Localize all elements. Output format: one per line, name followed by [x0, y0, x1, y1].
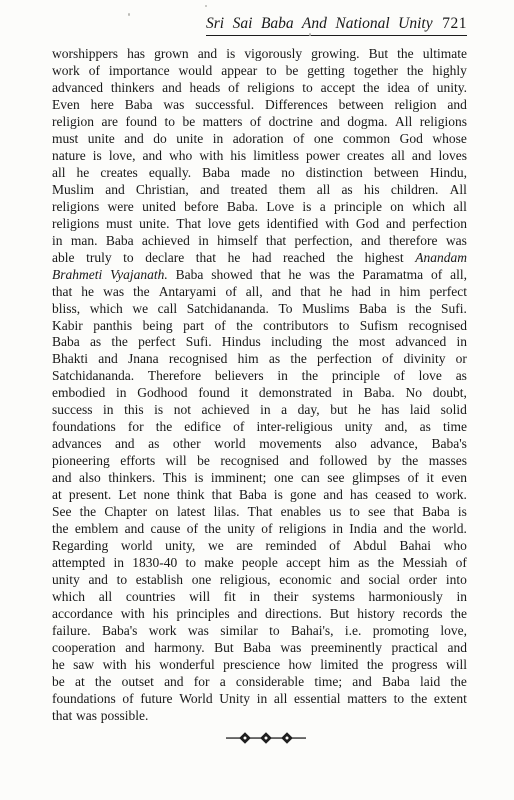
text-line: religionswereunitedbeforeBaba.Loveisapri… — [52, 199, 467, 216]
scan-speck — [205, 5, 207, 7]
text-line: BhaktiandJnanarecognisedhimastheperfecti… — [52, 351, 467, 368]
text-line: EvenhereBabawassuccessful.Differencesbet… — [52, 97, 467, 114]
text-line: unityandtoestablishonereligious,economic… — [52, 572, 467, 589]
text-line: religionarefoundtobemattersofdoctrineand… — [52, 114, 467, 131]
text-line: embodiedinGodhoodfounditdemonstratedinBa… — [52, 385, 467, 402]
page-header: Sri Sai Baba And National Unity 721 — [206, 15, 467, 36]
text-line: failure.Baba'sworkwassimilartoBahai's,i.… — [52, 623, 467, 640]
text-line: natureislove,andwhowithhislimitlesspower… — [52, 148, 467, 165]
text-line: foundationsoffutureWorldUnityinallessent… — [52, 691, 467, 708]
text-line: religionsmustunite.Thatlovegetsidentifie… — [52, 216, 467, 233]
text-line: workofimportancewouldappeartobegettingto… — [52, 63, 467, 80]
text-line: thatwaspossible. — [52, 708, 467, 725]
text-line: theemblemandcauseoftheunityofreligionsin… — [52, 521, 467, 538]
scan-speck — [309, 33, 311, 36]
text-line: BabaastheperfectSufi.Hindusincludingthem… — [52, 334, 467, 351]
text-line: worshippershasgrownandisvigorouslygrowin… — [52, 46, 467, 63]
running-title: Sri Sai Baba And National Unity — [206, 15, 433, 32]
text-line: Kabirpanthisbeingpartofthecontributorsto… — [52, 318, 467, 335]
scan-speck — [128, 13, 130, 16]
text-line: advancedthinkersandheadsofreligionstoacc… — [52, 80, 467, 97]
text-line: thathewastheAntaryamiofall,andthathehadi… — [52, 284, 467, 301]
text-line: pioneeringeffortswillberecognisedandfoll… — [52, 453, 467, 470]
text-line: accordancewithhisprinciplesanddirections… — [52, 606, 467, 623]
text-line: successinthisisnotachievedinaday,butheha… — [52, 402, 467, 419]
text-line: attemptedin1830-40tomakepeopleaccepthima… — [52, 555, 467, 572]
text-line: inman.Babaachievedinhimselfthatperfectio… — [52, 233, 467, 250]
text-line: allhecreatesequally.Babamadenodistinctio… — [52, 165, 467, 182]
diamond-divider-icon — [226, 731, 306, 745]
body-text: worshippershasgrownandisvigorouslygrowin… — [52, 46, 467, 725]
text-line: andalsothinkers.Thisisimminent;onecansee… — [52, 470, 467, 487]
text-line: beattheoutsetandforaconsiderabletime;and… — [52, 674, 467, 691]
text-line: Regardingworldunity,weareremindedofAbdul… — [52, 538, 467, 555]
text-line: BrahmetiVyajanath.Babashowedthathewasthe… — [52, 267, 467, 284]
text-line: SeetheChapteronlatestlilas.Thatenablesus… — [52, 504, 467, 521]
text-line: MuslimandChristian,andtreatedthemallashi… — [52, 182, 467, 199]
text-line: cooperationandharmony.ButBabawaspreemine… — [52, 640, 467, 657]
text-line: foundationsfortheedificeofinter-religiou… — [52, 419, 467, 436]
text-line: mustuniteanddouniteinadorationofonecommo… — [52, 131, 467, 148]
text-line: atpresent.LetnonethinkthatBabaisgoneandh… — [52, 487, 467, 504]
text-line: whichallcountrieswillfitintheirsystemsha… — [52, 589, 467, 606]
text-line: bliss,whichwecallSatchidananda.ToMuslims… — [52, 301, 467, 318]
text-line: abletrulytodeclarethathehadreachedthehig… — [52, 250, 467, 267]
text-line: hesawwithhiswonderfulpresciencehowlimite… — [52, 657, 467, 674]
page-number: 721 — [442, 15, 467, 32]
text-line: Satchidananda.Thereforebelieversinthepri… — [52, 368, 467, 385]
book-page: Sri Sai Baba And National Unity 721 wors… — [0, 0, 514, 800]
text-line: advancesandasotherworldmovementsalsoadva… — [52, 436, 467, 453]
